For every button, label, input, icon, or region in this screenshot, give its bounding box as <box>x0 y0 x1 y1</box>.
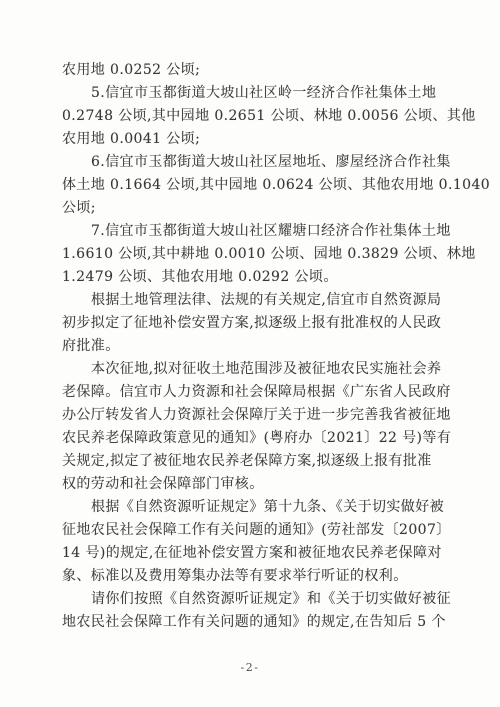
document-line: 农民养老保障政策意见的通知》(粤府办〔2021〕22 号)等有 <box>62 427 443 450</box>
document-line: 地农民社会保障工作有关问题的通知》的规定,在告知后 5 个 <box>62 611 443 634</box>
document-line: 农用地 0.0252 公顷; <box>62 59 443 82</box>
document-line: 公顷; <box>62 197 443 220</box>
document-line: 7.信宜市玉都街道大坡山社区耀塘口经济合作社集体土地 <box>62 220 443 243</box>
document-line: 6.信宜市玉都街道大坡山社区屋地坵、廖屋经济合作社集 <box>62 151 443 174</box>
document-line: 老保障。信宜市人力资源和社会保障局根据《广东省人民政府 <box>62 381 443 404</box>
document-line: 体土地 0.1664 公顷,其中园地 0.0624 公顷、其他农用地 0.104… <box>62 174 443 197</box>
document-line: 请你们按照《自然资源听证规定》和《关于切实做好被征 <box>62 588 443 611</box>
document-line: 1.2479 公顷、其他农用地 0.0292 公顷。 <box>62 266 443 289</box>
document-line: 根据土地管理法律、法规的有关规定,信宜市自然资源局 <box>62 289 443 312</box>
document-page: 农用地 0.0252 公顷;5.信宜市玉都街道大坡山社区岭一经济合作社集体土地0… <box>0 0 500 707</box>
page-number: -2- <box>0 660 500 676</box>
document-line: 1.6610 公顷,其中耕地 0.0010 公顷、园地 0.3829 公顷、林地 <box>62 243 443 266</box>
document-line: 0.2748 公顷,其中园地 0.2651 公顷、林地 0.0056 公顷、其他 <box>62 105 443 128</box>
document-line: 府批准。 <box>62 335 443 358</box>
document-line: 办公厅转发省人力资源社会保障厅关于进一步完善我省被征地 <box>62 404 443 427</box>
document-line: 根据《自然资源听证规定》第十九条、《关于切实做好被 <box>62 496 443 519</box>
document-line: 关规定,拟定了被征地农民养老保障方案,拟逐级上报有批准 <box>62 450 443 473</box>
document-line: 初步拟定了征地补偿安置方案,拟逐级上报有批准权的人民政 <box>62 312 443 335</box>
document-line: 权的劳动和社会保障部门审核。 <box>62 473 443 496</box>
document-line: 14 号)的规定,在征地补偿安置方案和被征地农民养老保障对 <box>62 542 443 565</box>
document-line: 5.信宜市玉都街道大坡山社区岭一经济合作社集体土地 <box>62 82 443 105</box>
document-line: 征地农民社会保障工作有关问题的通知》(劳社部发〔2007〕 <box>62 519 443 542</box>
document-line: 象、标准以及费用筹集办法等有要求举行听证的权利。 <box>62 565 443 588</box>
document-line: 本次征地,拟对征收土地范围涉及被征地农民实施社会养 <box>62 358 443 381</box>
document-line: 农用地 0.0041 公顷; <box>62 128 443 151</box>
document-body: 农用地 0.0252 公顷;5.信宜市玉都街道大坡山社区岭一经济合作社集体土地0… <box>62 59 443 634</box>
